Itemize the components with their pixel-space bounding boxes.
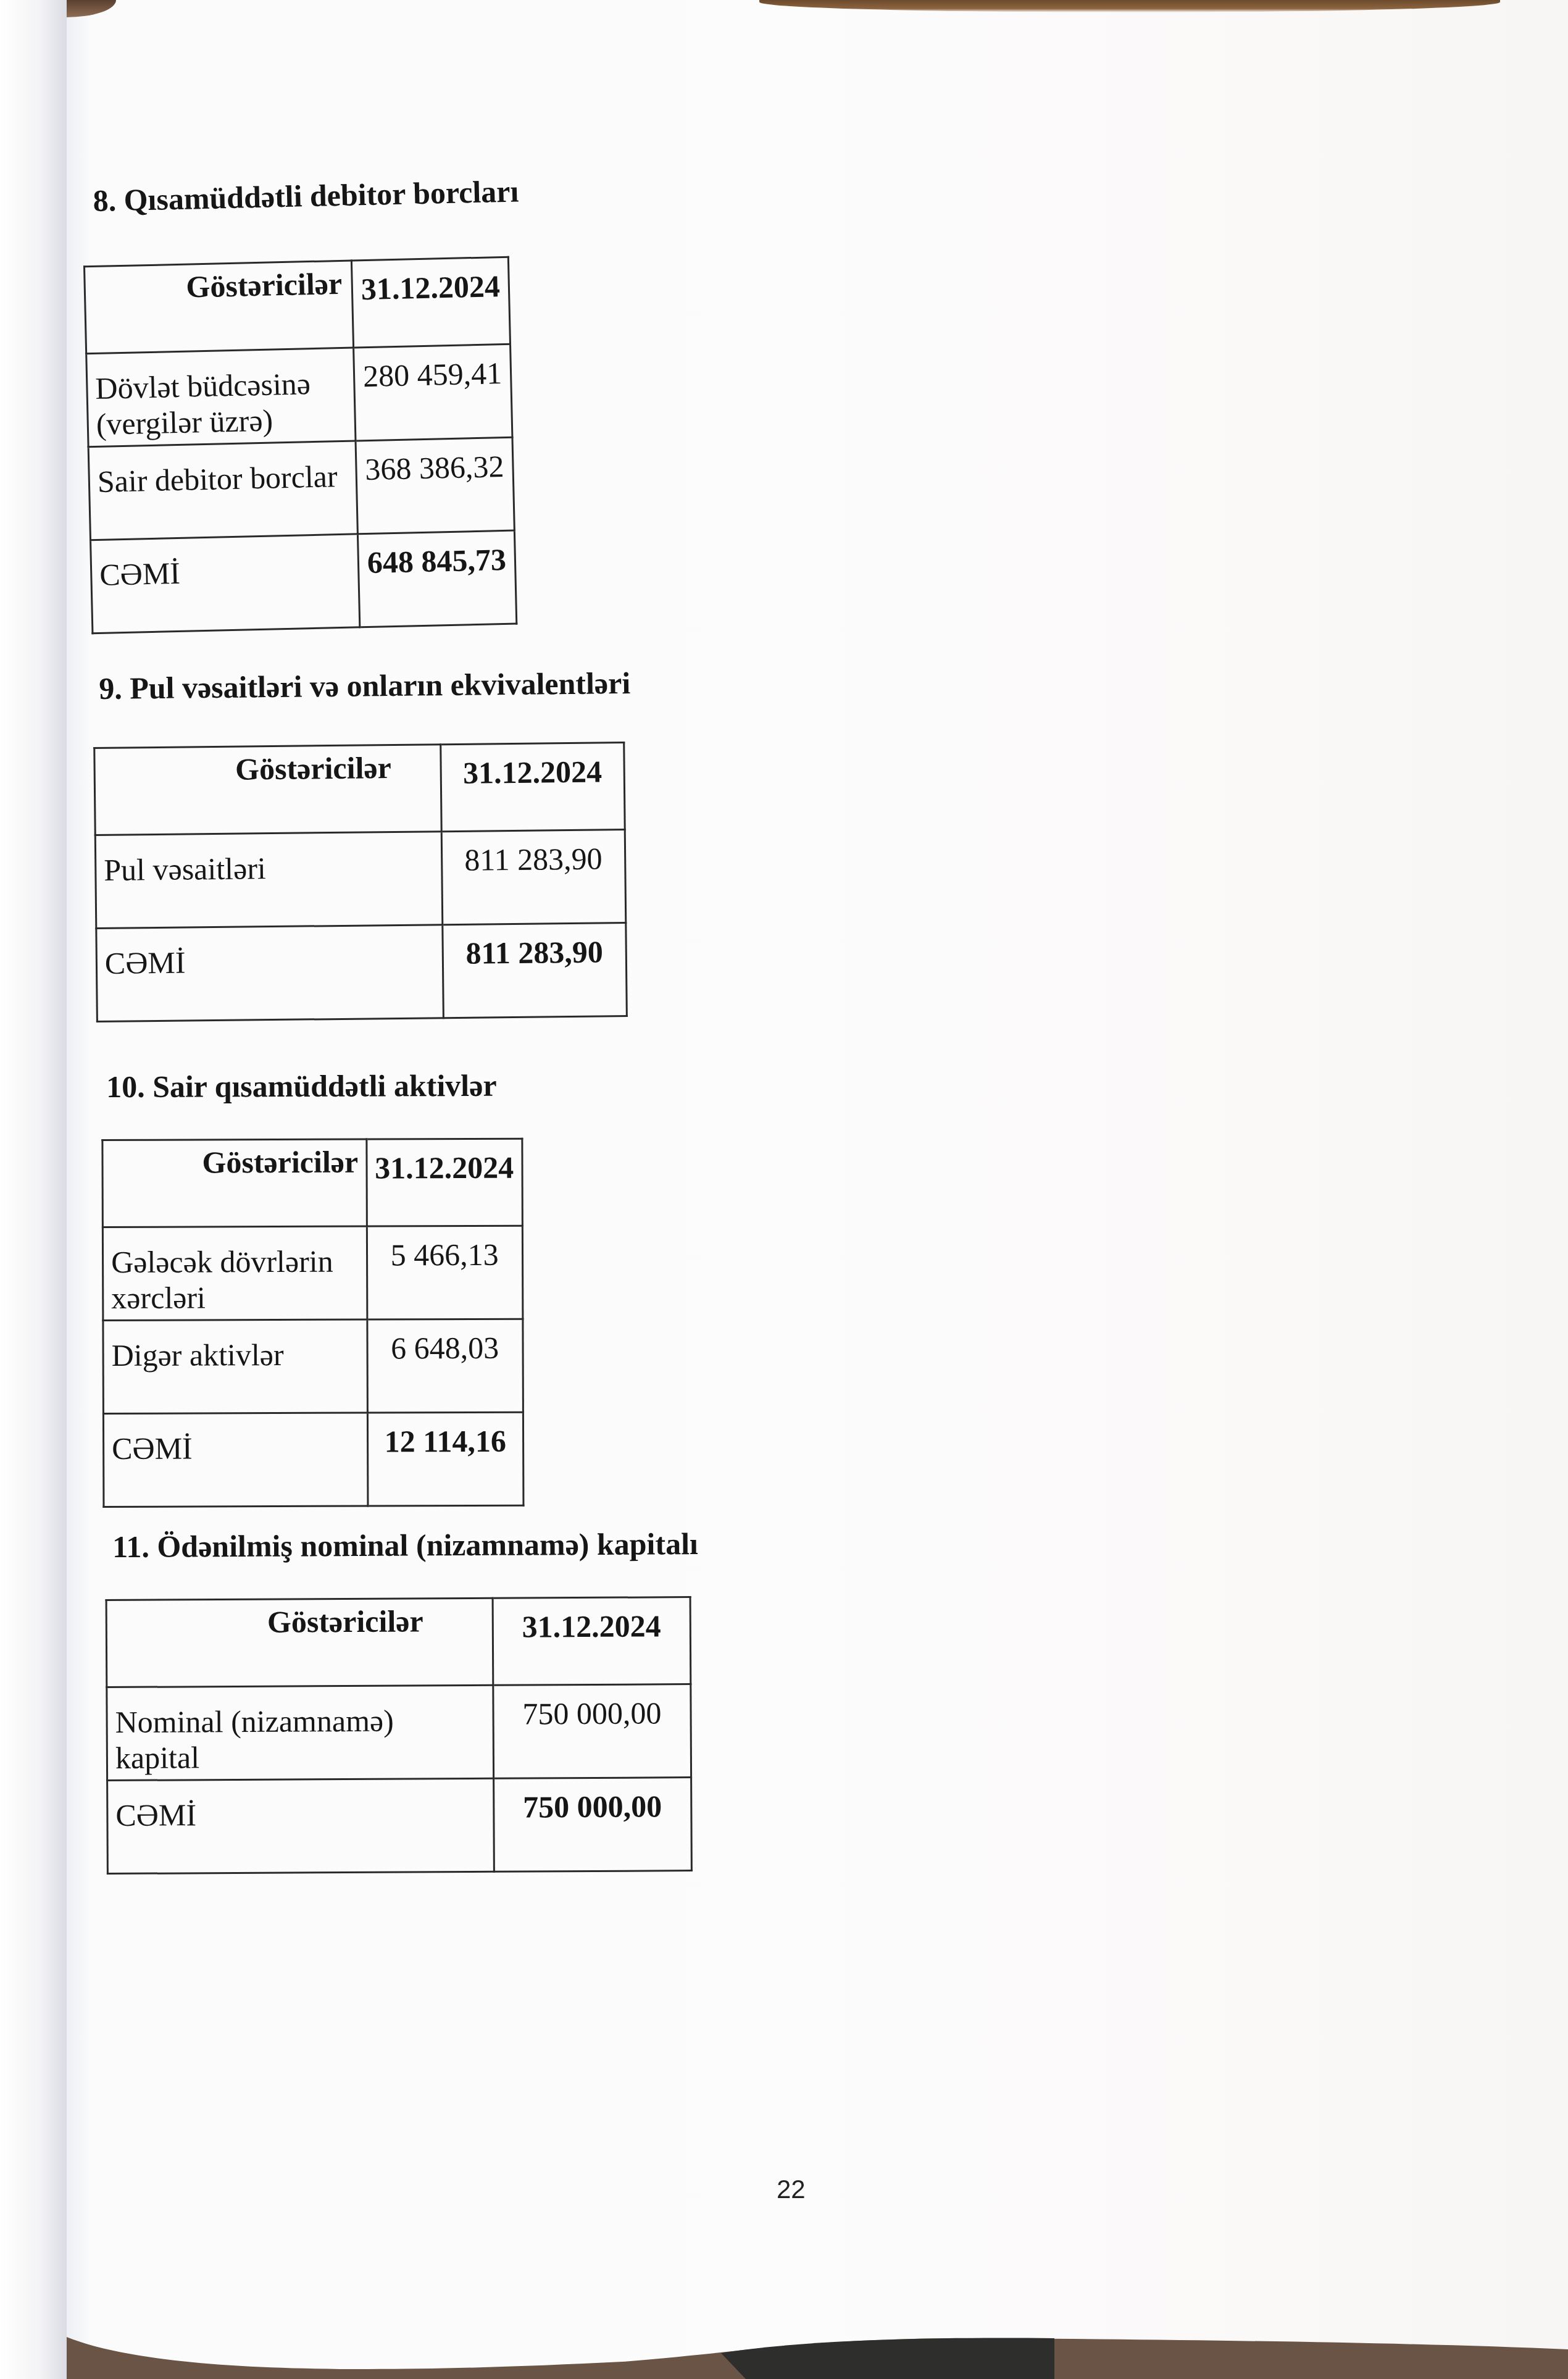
table-header-row: Göstəricilər 31.12.2024	[84, 257, 510, 354]
table-header-row: Göstəricilər 31.12.2024	[94, 743, 625, 835]
column-header-indicators: Göstəricilər	[106, 1598, 493, 1687]
row-label: Gələcək dövrlərin xərcləri	[102, 1226, 367, 1320]
column-header-date: 31.12.2024	[351, 257, 510, 348]
section-paid-in-capital: 11. Ödənilmiş nominal (nizamnamə) kapita…	[112, 1528, 698, 1562]
table-total-row: CƏMİ 12 114,16	[103, 1412, 523, 1507]
row-value: 280 459,41	[354, 344, 512, 441]
background-edge	[67, 2337, 1568, 2379]
row-label: Nominal (nizamnamə) kapital	[107, 1685, 494, 1780]
column-header-indicators: Göstəricilər	[94, 745, 441, 835]
cash-table: Göstəricilər 31.12.2024 Pul vəsaitləri 8…	[93, 742, 628, 1022]
table-row: Nominal (nizamnamə) kapital 750 000,00	[107, 1684, 691, 1781]
row-label: Digər aktivlər	[103, 1319, 367, 1413]
section-cash-equivalents: 9. Pul vəsaitləri və onların ekvivalentl…	[99, 667, 630, 704]
row-value: 368 386,32	[356, 437, 514, 534]
table-row: Gələcək dövrlərin xərcləri 5 466,13	[102, 1226, 522, 1320]
other-assets-table: Göstəricilər 31.12.2024 Gələcək dövrləri…	[101, 1138, 524, 1508]
row-label: Sair debitor borclar	[88, 441, 357, 540]
total-value: 811 283,90	[442, 923, 627, 1018]
column-header-date: 31.12.2024	[367, 1139, 522, 1226]
column-header-indicators: Göstəricilər	[102, 1139, 367, 1227]
total-value: 12 114,16	[367, 1412, 523, 1506]
section-title: 10. Sair qısamüddətli aktivlər	[106, 1070, 497, 1102]
column-header-date: 31.12.2024	[493, 1597, 690, 1686]
background-surface	[0, 0, 68, 2379]
capital-table: Göstəricilər 31.12.2024 Nominal (nizamna…	[106, 1596, 693, 1875]
section-title: 11. Ödənilmiş nominal (nizamnamə) kapita…	[112, 1528, 698, 1562]
total-value: 648 845,73	[357, 530, 516, 627]
table-header-row: Göstəricilər 31.12.2024	[102, 1139, 522, 1227]
row-value: 6 648,03	[367, 1319, 523, 1413]
total-label: CƏMİ	[103, 1413, 367, 1507]
row-label: Pul vəsaitləri	[95, 832, 442, 929]
section-other-short-term-assets: 10. Sair qısamüddətli aktivlər Göstərici…	[106, 1070, 497, 1102]
column-header-indicators: Göstəricilər	[84, 261, 353, 354]
table-total-row: CƏMİ 750 000,00	[107, 1778, 691, 1874]
page-number: 22	[777, 2175, 806, 2204]
total-label: CƏMİ	[107, 1778, 494, 1873]
table-row: Pul vəsaitləri 811 283,90	[95, 830, 626, 929]
table-row: Dövlət büdcəsinə (vergilər üzrə) 280 459…	[86, 344, 512, 447]
row-label: Dövlət büdcəsinə (vergilər üzrə)	[86, 348, 356, 447]
row-value: 750 000,00	[493, 1684, 691, 1779]
table-row: Sair debitor borclar 368 386,32	[88, 437, 514, 540]
row-value: 5 466,13	[367, 1226, 523, 1319]
receivables-table: Göstəricilər 31.12.2024 Dövlət büdcəsinə…	[83, 256, 517, 634]
section-title: 9. Pul vəsaitləri və onların ekvivalentl…	[99, 667, 630, 704]
table-header-row: Göstəricilər 31.12.2024	[106, 1597, 690, 1687]
column-header-date: 31.12.2024	[440, 743, 625, 832]
total-label: CƏMİ	[91, 534, 360, 633]
table-total-row: CƏMİ 811 283,90	[96, 923, 627, 1022]
table-total-row: CƏMİ 648 845,73	[91, 530, 517, 633]
total-value: 750 000,00	[494, 1778, 691, 1872]
row-value: 811 283,90	[441, 830, 626, 925]
total-label: CƏMİ	[96, 925, 443, 1022]
table-row: Digər aktivlər 6 648,03	[103, 1319, 523, 1413]
